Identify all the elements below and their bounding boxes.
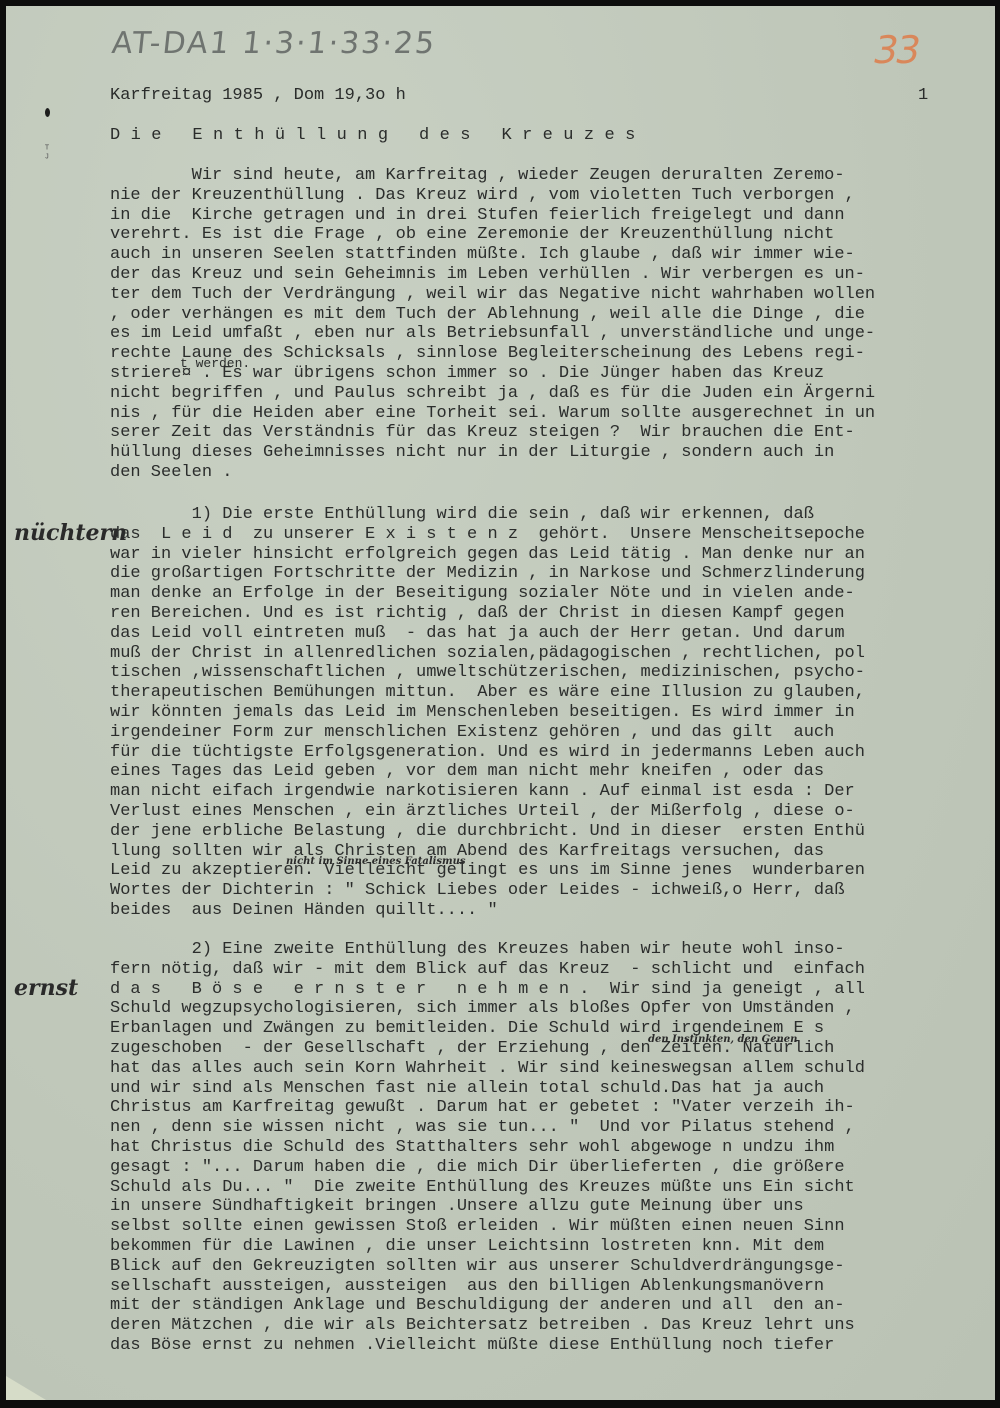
margin-pencil-mark: ᵀ ᴶ [44, 146, 50, 164]
text-line: gesagt : "... Darum haben die , die mich… [110, 1158, 865, 1178]
text-line: wir könnten jemals das Leid im Menschenl… [110, 703, 865, 723]
text-line: auch in unseren Seelen stattfinden müßte… [110, 245, 875, 265]
text-line: in die Kirche getragen und in drei Stufe… [110, 206, 875, 226]
text-line: eines Tages das Leid geben , vor dem man… [110, 762, 865, 782]
text-line: hüllung dieses Geheimnisses nicht nur in… [110, 443, 875, 463]
text-line: llung sollten wir als Christen am Abend … [110, 842, 865, 862]
archive-number: AT-DA1 1·3·1·33·25 [110, 26, 438, 61]
text-line: ter dem Tuch der Verdrängung , weil wir … [110, 285, 875, 305]
text-line: das Leid voll eintreten muß - das hat ja… [110, 624, 865, 644]
text-line: d a s B ö s e e r n s t e r n e h m e n … [110, 980, 865, 1000]
section-1-paragraph: 1) Die erste Enthüllung wird die sein , … [110, 505, 865, 921]
document-header: Karfreitag 1985 , Dom 19,3o h [110, 86, 406, 105]
text-line: nen , denn sie wissen nicht , was sie tu… [110, 1118, 865, 1138]
text-line: der jene erbliche Belastung , die durchb… [110, 822, 865, 842]
text-line: und wir sind als Menschen fast nie allei… [110, 1079, 865, 1099]
text-line: serer Zeit das Verständnis für das Kreuz… [110, 423, 875, 443]
text-line: in unsere Sündhaftigkeit bringen .Unsere… [110, 1197, 865, 1217]
text-line: sellschaft aussteigen, aussteigen aus de… [110, 1277, 865, 1297]
text-line: Verlust eines Menschen , ein ärztliches … [110, 802, 865, 822]
text-line: nie der Kreuzenthüllung . Das Kreuz wird… [110, 186, 875, 206]
margin-mark-2: ᴶ [44, 155, 50, 164]
text-line: das Böse ernst zu nehmen .Vielleicht müß… [110, 1336, 865, 1356]
text-line: therapeutischen Bemühungen mittun. Aber … [110, 683, 865, 703]
typed-insertion: t werden. [180, 356, 250, 371]
text-line: nis , für die Heiden aber eine Torheit s… [110, 404, 875, 424]
handwritten-margin-note: ernst [14, 975, 78, 1001]
text-line: für die tüchtigste Erfolgsgeneration. Un… [110, 743, 865, 763]
text-line: , oder verhängen es mit dem Tuch der Abl… [110, 305, 875, 325]
text-line: verehrt. Es ist die Frage , ob eine Zere… [110, 225, 875, 245]
text-line: es im Leid umfaßt , eben nur als Betrieb… [110, 324, 875, 344]
text-line: Schuld als Du... " Die zweite Enthüllung… [110, 1178, 865, 1198]
text-line: man denke an Erfolge in der Beseitigung … [110, 584, 865, 604]
text-line: 1) Die erste Enthüllung wird die sein , … [110, 505, 865, 525]
text-line: die großartigen Fortschritte der Medizin… [110, 564, 865, 584]
text-line: war in vieler hinsicht erfolgreich gegen… [110, 545, 865, 565]
text-line: Christus am Karfreitag gewußt . Darum ha… [110, 1098, 865, 1118]
text-line: nicht begriffen , und Paulus schreibt ja… [110, 384, 875, 404]
text-line: 2) Eine zweite Enthüllung des Kreuzes ha… [110, 940, 865, 960]
intro-paragraph: Wir sind heute, am Karfreitag , wieder Z… [110, 166, 875, 483]
text-line: hat das alles auch sein Korn Wahrheit . … [110, 1059, 865, 1079]
text-line: Leid zu akzeptieren. Vielleicht gelingt … [110, 861, 865, 881]
text-line: mit der ständigen Anklage und Beschuldig… [110, 1296, 865, 1316]
handwritten-insertion: nicht im Sinne eines Fatalismus [286, 856, 466, 867]
text-line: selbst sollte einen gewissen Stoß erleid… [110, 1217, 865, 1237]
text-line: das L e i d zu unserer E x i s t e n z g… [110, 525, 865, 545]
text-line: man nicht eifach irgendwie narkotisieren… [110, 782, 865, 802]
margin-dot-mark [45, 108, 50, 117]
handwritten-insertion: den Instinkten, den Genen [648, 1034, 797, 1045]
text-line: muß der Christ in allenredlichen soziale… [110, 644, 865, 664]
text-line: irgendeiner Form zur menschlichen Existe… [110, 723, 865, 743]
page-number: 1 [918, 86, 928, 105]
text-line: beides aus Deinen Händen quillt.... " [110, 901, 865, 921]
text-line: Blick auf den Gekreuzigten sollten wir a… [110, 1257, 865, 1277]
text-line: deren Mätzchen , die wir als Beichtersat… [110, 1316, 865, 1336]
text-line: der das Kreuz und sein Geheimnis im Lebe… [110, 265, 875, 285]
text-line: fern nötig, daß wir - mit dem Blick auf … [110, 960, 865, 980]
text-line: Schuld wegzupsychologisieren, sich immer… [110, 999, 865, 1019]
text-line: Wir sind heute, am Karfreitag , wieder Z… [110, 166, 875, 186]
folio-number: 33 [869, 28, 923, 72]
text-line: ren Bereichen. Und es ist richtig , daß … [110, 604, 865, 624]
text-line: bekommen für die Lawinen , die unser Lei… [110, 1237, 865, 1257]
text-line: tischen ,wissenschaftlichen , umweltschü… [110, 663, 865, 683]
folded-corner [6, 1376, 46, 1400]
text-line: Wortes der Dichterin : " Schick Liebes o… [110, 881, 865, 901]
section-2-paragraph: 2) Eine zweite Enthüllung des Kreuzes ha… [110, 940, 865, 1356]
text-line: hat Christus die Schuld des Statthalters… [110, 1138, 865, 1158]
text-line: den Seelen . [110, 463, 875, 483]
document-title: D i e E n t h ü l l u n g d e s K r e u … [110, 126, 635, 145]
